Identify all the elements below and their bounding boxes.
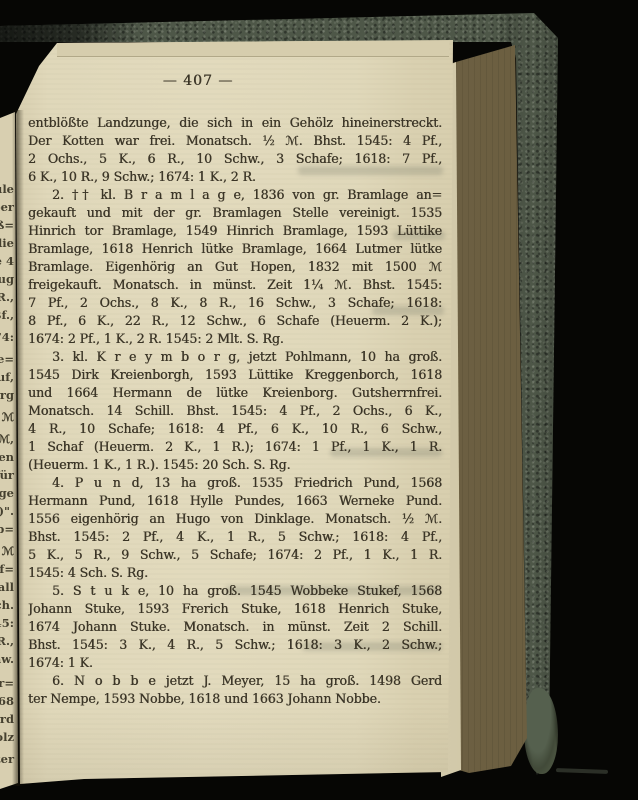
text-line: 5 K., 5 R., 9 Schw., 5 Schafe; 1674: 2 P… — [28, 546, 442, 564]
text-line: 1674: 1 K. — [28, 654, 442, 672]
text-line: Bhst. 1545: 2 Pf., 4 K., 1 R., 5 Schw.; … — [28, 528, 442, 546]
text-line: 5. S t u k e, 10 ha groß. 1545 Wobbeke S… — [28, 582, 442, 600]
text-line: entblößte Landzunge, die sich in ein Geh… — [28, 114, 442, 132]
text-line: Bhst. 1545: 3 K., 4 R., 5 Schw.; 1618: 3… — [28, 636, 442, 654]
text-line: (Heuerm. 1 K., 1 R.). 1545: 20 Sch. S. R… — [28, 456, 442, 474]
text-line: 1 Schaf (Heuerm. 2 K., 1 R.); 1674: 1 Pf… — [28, 438, 442, 456]
text-line: Bramlage, 1618 Henrich lütke Bramlage, 1… — [28, 240, 442, 258]
text-block: entblößte Landzunge, die sich in ein Geh… — [28, 114, 442, 708]
text-line: ter Nempe, 1593 Nobbe, 1618 und 1663 Joh… — [28, 690, 442, 708]
cover-frayed-corner — [524, 688, 558, 774]
text-line: 7 Pf., 2 Ochs., 8 K., 8 R., 16 Schw., 3 … — [28, 294, 442, 312]
scanned-book-photo: ulebereiß=diee 4ugR.,Bf.,74:efe=kuf,urgℳ… — [0, 0, 638, 800]
text-line: 6. N o b b e jetzt J. Meyer, 15 ha groß.… — [28, 672, 442, 690]
text-line: Bramlage. Eigenhörig an Gut Hopen, 1832 … — [28, 258, 442, 276]
text-line: Hinrich tor Bramlage, 1549 Hinrich Braml… — [28, 222, 442, 240]
text-line: 2 Ochs., 5 K., 6 R., 10 Schw., 3 Schafe;… — [28, 150, 442, 168]
page-top-edge — [57, 41, 449, 57]
text-line: 4. P u n d, 13 ha groß. 1535 Friedrich P… — [28, 474, 442, 492]
text-line: Johann Stuke, 1593 Frerich Stuke, 1618 H… — [28, 600, 442, 618]
gutter-shadow — [12, 110, 24, 786]
text-line: 1545: 4 Sch. S. Rg. — [28, 564, 442, 582]
text-line: Monatsch. 14 Schill. Bhst. 1545: 4 Pf., … — [28, 402, 442, 420]
cover-edge-sliver — [556, 768, 608, 774]
text-line: Hermann Pund, 1618 Hylle Pundes, 1663 We… — [28, 492, 442, 510]
text-line: 1556 eigenhörig an Hugo von Dinklage. Mo… — [28, 510, 442, 528]
text-line: 8 Pf., 6 K., 22 R., 12 Schw., 6 Schafe (… — [28, 312, 442, 330]
text-line: freigekauft. Monatsch. in münst. Zeit 1¼… — [28, 276, 442, 294]
text-line: 2. †† kl. B r a m l a g e, 1836 von gr. … — [28, 186, 442, 204]
text-line: 3. kl. K r e y m b o r g, jetzt Pohlmann… — [28, 348, 442, 366]
text-line: Der Kotten war frei. Monatsch. ½ ℳ. Bhst… — [28, 132, 442, 150]
cover-shadow-left — [0, 0, 140, 46]
text-line: und 1664 Hermann de lütke Kreienborg. Gu… — [28, 384, 442, 402]
text-line: 4 R., 10 Schafe; 1618: 4 Pf., 6 K., 10 R… — [28, 420, 442, 438]
text-line: 1545 Dirk Kreienborgh, 1593 Lüttike Kreg… — [28, 366, 442, 384]
text-line: 1674: 2 Pf., 1 K., 2 R. 1545: 2 Mlt. S. … — [28, 330, 442, 348]
text-line: 1674 Johann Stuke. Monatsch. in münst. Z… — [28, 618, 442, 636]
text-line: 6 K., 10 R., 9 Schw.; 1674: 1 K., 2 R. — [28, 168, 442, 186]
page-number-header: — 407 — — [28, 72, 368, 90]
text-line: gekauft und mit der gr. Bramlagen Stelle… — [28, 204, 442, 222]
